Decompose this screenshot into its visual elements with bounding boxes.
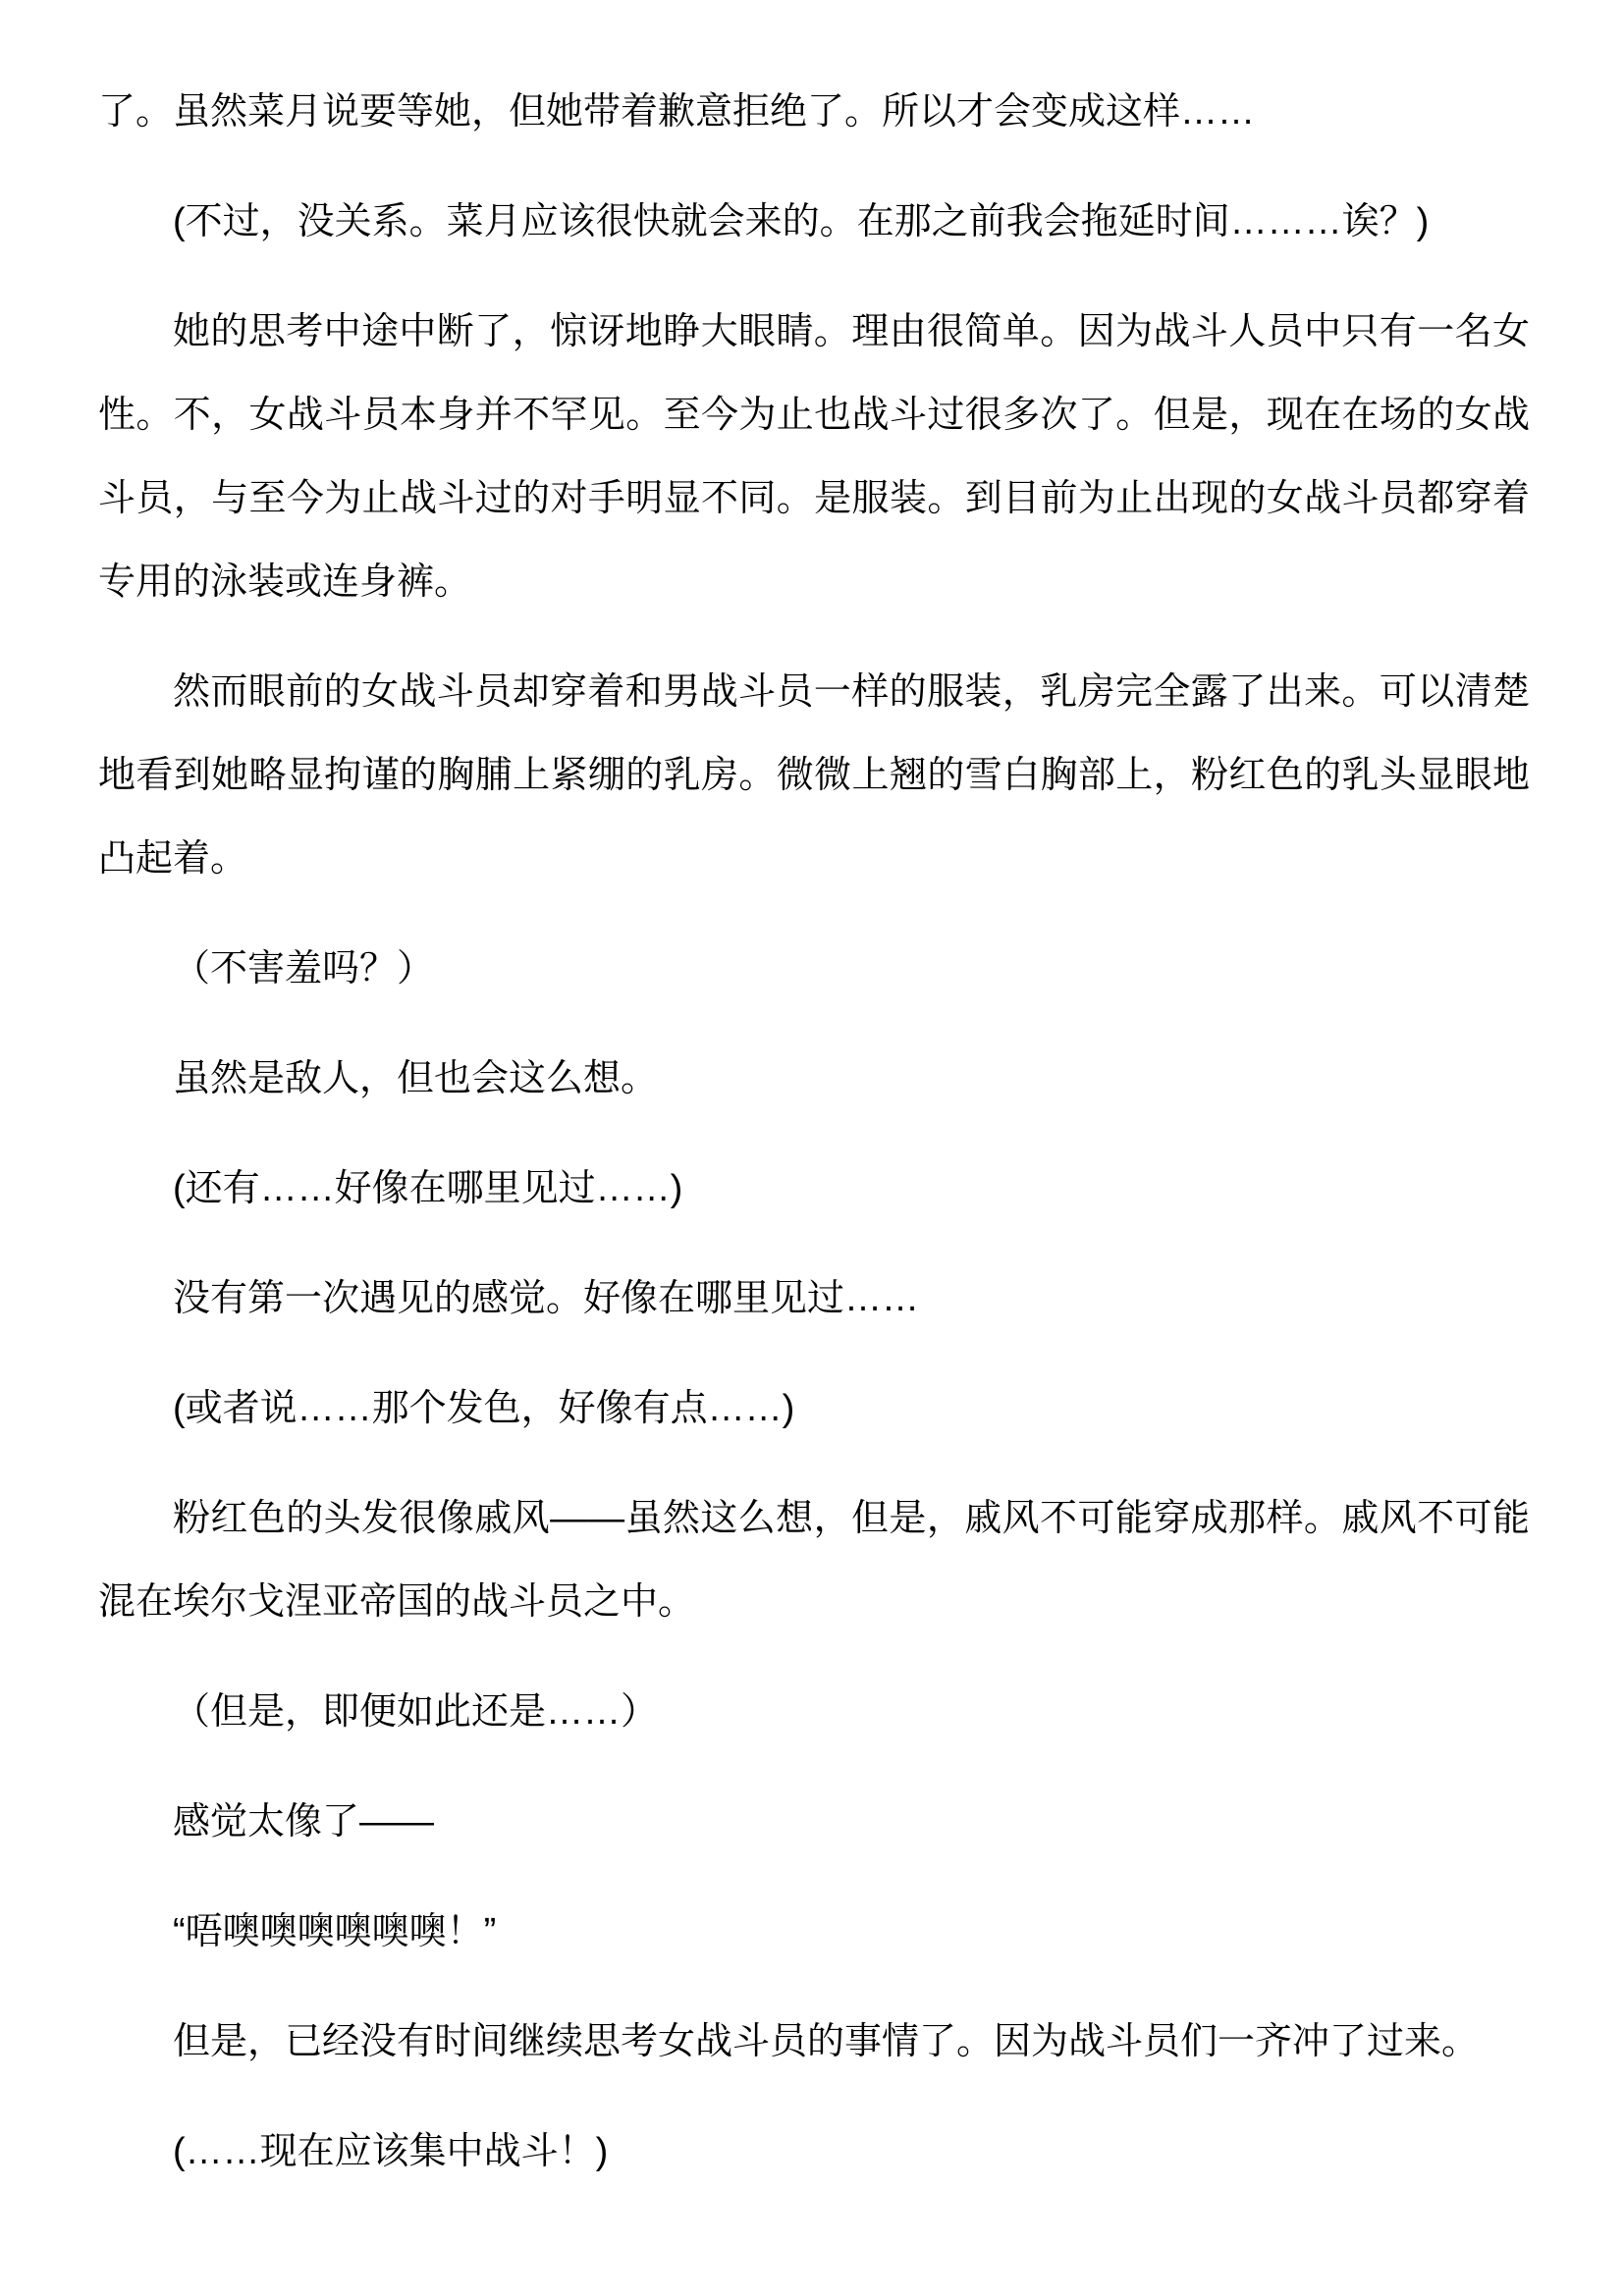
paragraph-1: 了。虽然菜月说要等她，但她带着歉意拒绝了。所以才会变成这样…… [98, 71, 1530, 154]
paragraph-9: (或者说……那个发色，好像有点……) [98, 1367, 1530, 1451]
paragraph-13: “唔噢噢噢噢噢噢！” [98, 1891, 1530, 1974]
paragraph-11: （但是，即便如此还是……） [98, 1671, 1530, 1754]
paragraph-12: 感觉太像了—— [98, 1781, 1530, 1864]
paragraph-4: 然而眼前的女战斗员却穿着和男战斗员一样的服装，乳房完全露了出来。可以清楚地看到她… [98, 651, 1530, 901]
paragraph-7: (还有……好像在哪里见过……) [98, 1148, 1530, 1231]
paragraph-3: 她的思考中途中断了，惊讶地睁大眼睛。理由很简单。因为战斗人员中只有一名女性。不，… [98, 291, 1530, 624]
text-content: 了。虽然菜月说要等她，但她带着歉意拒绝了。所以才会变成这样……(不过，没关系。菜… [98, 71, 1530, 2194]
document-page: 了。虽然菜月说要等她，但她带着歉意拒绝了。所以才会变成这样……(不过，没关系。菜… [0, 0, 1624, 2296]
paragraph-5: （不害羞吗？） [98, 928, 1530, 1011]
paragraph-10: 粉红色的头发很像戚风——虽然这么想，但是，戚风不可能穿成那样。戚风不可能混在埃尔… [98, 1477, 1530, 1644]
paragraph-15: (……现在应该集中战斗！) [98, 2110, 1530, 2194]
paragraph-2: (不过，没关系。菜月应该很快就会来的。在那之前我会拖延时间………诶？) [98, 181, 1530, 264]
paragraph-6: 虽然是敌人，但也会这么想。 [98, 1038, 1530, 1121]
paragraph-8: 没有第一次遇见的感觉。好像在哪里见过…… [98, 1257, 1530, 1341]
paragraph-14: 但是，已经没有时间继续思考女战斗员的事情了。因为战斗员们一齐冲了过来。 [98, 2001, 1530, 2084]
